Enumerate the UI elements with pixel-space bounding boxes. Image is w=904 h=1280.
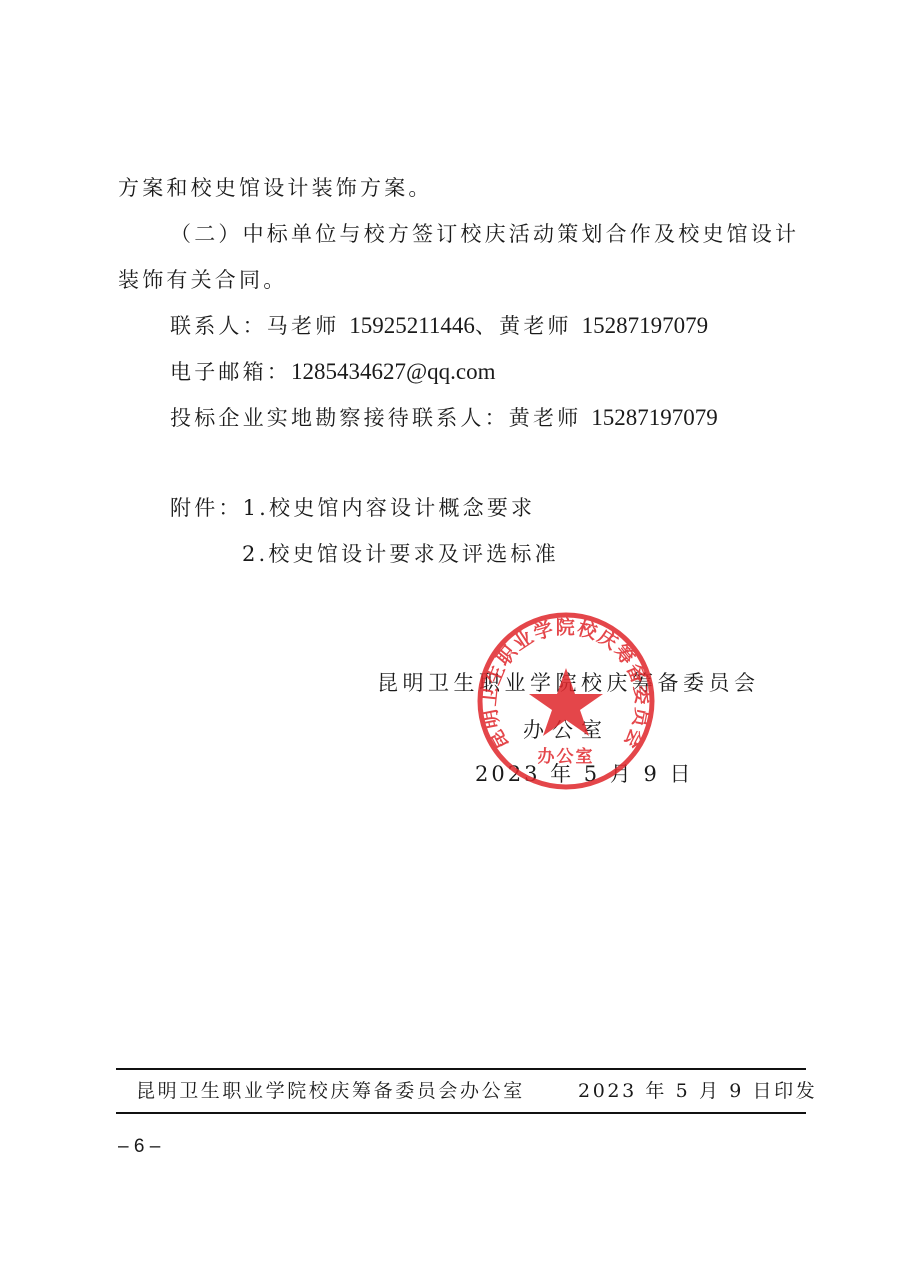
body-line-2: （二）中标单位与校方签订校庆活动策划合作及校史馆设计 — [170, 220, 799, 248]
signature-office: 办公室 — [523, 716, 610, 744]
email-line: 电子邮箱：1285434627@qq.com — [170, 358, 496, 386]
page-number: – 6 – — [118, 1135, 160, 1159]
contact-label: 联系人：马老师 — [170, 314, 349, 338]
contact-line: 联系人：马老师 15925211446、黄老师 15287197079 — [170, 312, 708, 340]
signature-date: 2023 年 5 月 9 日 — [475, 760, 694, 788]
site-visit-label: 投标企业实地勘察接待联系人：黄老师 — [170, 406, 591, 430]
footer-issue-date: 2023 年 5 月 9 日印发 — [578, 1078, 817, 1104]
contact-separator: 、黄老师 — [475, 314, 582, 338]
signature-org: 昆明卫生职业学院校庆筹备委员会 — [377, 669, 760, 697]
body-line-3: 装饰有关合同。 — [118, 266, 287, 294]
document-page: 方案和校史馆设计装饰方案。 （二）中标单位与校方签订校庆活动策划合作及校史馆设计… — [0, 0, 904, 1280]
footer-rule-bottom — [116, 1112, 806, 1114]
footer-issuer: 昆明卫生职业学院校庆筹备委员会办公室 — [136, 1078, 525, 1104]
attachments-label: 附件： — [170, 496, 243, 520]
attachment-item-1: 1.校史馆内容设计概念要求 — [243, 496, 536, 520]
footer-rule-top — [116, 1068, 806, 1070]
contact-phone-ma: 15925211446 — [349, 313, 475, 338]
attachment-item-2: 2.校史馆设计要求及评选标准 — [242, 542, 559, 566]
attachment-1: 附件：1.校史馆内容设计概念要求 — [170, 494, 535, 522]
email-label: 电子邮箱： — [170, 360, 291, 384]
email-address[interactable]: 1285434627@qq.com — [291, 359, 496, 384]
site-visit-phone: 15287197079 — [591, 405, 718, 430]
contact-phone-huang: 15287197079 — [582, 313, 709, 338]
attachment-2: 2.校史馆设计要求及评选标准 — [242, 540, 559, 568]
site-visit-line: 投标企业实地勘察接待联系人：黄老师 15287197079 — [170, 404, 718, 432]
body-line-1: 方案和校史馆设计装饰方案。 — [118, 174, 433, 202]
